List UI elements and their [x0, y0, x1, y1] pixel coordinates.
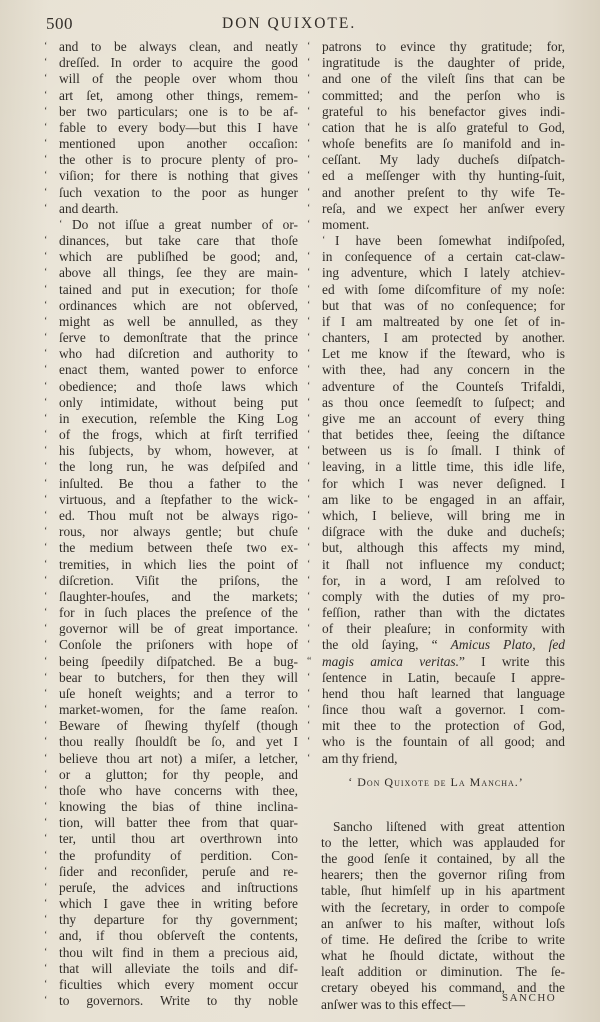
line-text: market-women, for the ſame reaſon. — [59, 702, 298, 718]
line-text: hearers; then the governor riſing from — [321, 867, 565, 883]
text-line: what he ſhould dictate, without the — [307, 948, 565, 964]
line-text: between us is ſo ſmall. I think of — [322, 443, 565, 459]
quotation-mark: ‘ — [307, 39, 319, 55]
narrative-paragraph: Sancho liſtened with great attentionto t… — [307, 819, 565, 1013]
line-text: comply with the duties of my pro- — [322, 589, 565, 605]
line-text: ter, until thou art overthrown into — [59, 831, 298, 847]
text-line: ‘obedience; and thoſe laws which — [44, 379, 298, 395]
line-text: ed. Thou muſt not be always rigo- — [59, 508, 298, 524]
text-line: ‘that will alleviate the toils and dif- — [44, 961, 298, 977]
text-line: ‘diſgrace with the duke and ducheſs; — [307, 524, 565, 540]
line-text: adventure of the Counteſs Trifaldi, — [322, 379, 565, 395]
line-text: the other is to procure plenty of pro- — [59, 152, 298, 168]
quotation-mark: ‘ — [44, 459, 56, 475]
quotation-mark: ‘ — [44, 637, 56, 653]
quotation-mark: ‘ — [44, 314, 56, 330]
text-line: ‘art ſet, among other things, remem- — [44, 88, 298, 104]
quotation-mark: ‘ — [44, 168, 56, 184]
quotation-mark: ‘ — [307, 670, 319, 686]
line-text: in conſequence of a certain cat-claw- — [322, 249, 565, 265]
text-line: ‘and, if thou obſerveſt the contents, — [44, 928, 298, 944]
text-line: “magis amica veritas.” I write this — [307, 654, 565, 670]
text-line: ‘thou really ſhouldſt be ſo, and yet I — [44, 734, 298, 750]
text-line: ‘ed a meſſenger with thy hunting-ſuit, — [307, 168, 565, 184]
text-line: the good ſenſe it contained, by all the — [307, 851, 565, 867]
quotation-mark: ‘ — [44, 621, 56, 637]
quotation-mark: ‘ — [307, 524, 319, 540]
line-text: ed a meſſenger with thy hunting-ſuit, — [322, 168, 565, 184]
line-text: his ſubjects, by whom, however, at — [59, 443, 298, 459]
text-line: ‘feſſion, rather than with the dictates — [307, 605, 565, 621]
text-line: ‘patrons to evince thy gratitude; for, — [307, 39, 565, 55]
text-line: ‘I have been ſomewhat indiſpoſed, — [307, 233, 565, 249]
line-text: Beware of ſhewing thyſelf (though — [59, 718, 298, 734]
line-text: dinances, but take care that thoſe — [59, 233, 298, 249]
text-line: ‘am like to be engaged in an affair, — [307, 492, 565, 508]
text-line: Sancho liſtened with great attention — [307, 819, 565, 835]
line-text: the long run, he was deſpiſed and — [59, 459, 298, 475]
quotation-mark: ‘ — [44, 864, 56, 880]
line-text: to the letter, which was applauded for — [321, 835, 565, 851]
quotation-mark: ‘ — [307, 411, 319, 427]
line-text: ſentence in Latin, becauſe I appre- — [322, 670, 565, 686]
quotation-mark: ‘ — [307, 751, 319, 767]
line-text: and another preſent to thy wife Te- — [322, 185, 565, 201]
quotation-mark: ‘ — [44, 670, 56, 686]
line-text: patrons to evince thy gratitude; for, — [322, 39, 565, 55]
text-line: ‘as thou once ſeemedſt to ſuſpect; and — [307, 395, 565, 411]
line-text: Conſole the priſoners with hope of — [59, 637, 298, 653]
text-line: table, ſhut himſelf up in his apartment — [307, 883, 565, 899]
line-text: who had diſcretion and authority to — [59, 346, 298, 362]
text-line: ‘ter, until thou art overthrown into — [44, 831, 298, 847]
line-text: table, ſhut himſelf up in his apartment — [321, 883, 565, 899]
quotation-mark: ‘ — [44, 362, 56, 378]
letter-continuation: ‘patrons to evince thy gratitude; for,‘i… — [307, 39, 565, 767]
text-line: ‘virtuous, and a ſtepfather to the wick- — [44, 492, 298, 508]
quotation-mark: ‘ — [44, 993, 56, 1009]
quotation-mark: ‘ — [44, 88, 56, 104]
text-line: ‘uſe honeſt weights; and a terror to — [44, 686, 298, 702]
quotation-mark: ‘ — [44, 589, 56, 605]
section-spacer — [307, 797, 565, 819]
text-line: ‘ber two particulars; one is to be af- — [44, 104, 298, 120]
text-line: ‘grateful to his benefactor gives indi- — [307, 104, 565, 120]
quotation-mark: ‘ — [307, 718, 319, 734]
line-text: an anſwer to his maſter, without loſs — [321, 916, 565, 932]
line-text: ficulties which every moment occur — [59, 977, 298, 993]
quotation-mark: ‘ — [44, 767, 56, 783]
text-line: to the letter, which was applauded for — [307, 835, 565, 851]
running-head: DON QUIXOTE. — [222, 15, 356, 33]
quotation-mark: ‘ — [44, 654, 56, 670]
text-line: ‘if I am maltreated by one ſet of in- — [307, 314, 565, 330]
quotation-mark: ‘ — [307, 589, 319, 605]
text-line: ‘ſerve to demonſtrate that the prince — [44, 330, 298, 346]
text-line: ‘which are publiſhed be good; and, — [44, 249, 298, 265]
quotation-mark: ‘ — [44, 427, 56, 443]
text-line: ‘but, although this affects my mind, — [307, 540, 565, 556]
text-line: ‘the other is to procure plenty of pro- — [44, 152, 298, 168]
line-text: as thou once ſeemedſt to ſuſpect; and — [322, 395, 565, 411]
line-text: hend thou haſt learned that language — [322, 686, 565, 702]
text-line: ‘which I gave thee in writing before — [44, 896, 298, 912]
quotation-mark: ‘ — [44, 120, 56, 136]
quotation-mark: ‘ — [44, 896, 56, 912]
quotation-mark: ‘ — [307, 152, 319, 168]
quotation-mark: ‘ — [44, 912, 56, 928]
line-text: viſion; for there is nothing that gives — [59, 168, 298, 184]
line-text: diſgrace with the duke and ducheſs; — [322, 524, 565, 540]
quotation-mark: ‘ — [307, 330, 319, 346]
text-line: ‘committed; and the perſon who is — [307, 88, 565, 104]
line-text: ed with ſome diſcomfiture of my noſe: — [322, 282, 565, 298]
line-text: grateful to his benefactor gives indi- — [322, 104, 565, 120]
line-text: that betides thee, ſeeing the diſtance — [322, 427, 565, 443]
line-text: the good ſenſe it contained, by all the — [321, 851, 565, 867]
line-text: ſuch vexation to the poor as hunger — [59, 185, 298, 201]
quotation-mark: ‘ — [307, 637, 319, 653]
quotation-mark: ‘ — [44, 945, 56, 961]
quotation-mark: ‘ — [307, 443, 319, 459]
text-line: ‘Conſole the priſoners with hope of — [44, 637, 298, 653]
line-text: committed; and the perſon who is — [322, 88, 565, 104]
quotation-mark: ‘ — [307, 459, 319, 475]
line-text: dreſſed. In order to acquire the good — [59, 55, 298, 71]
text-line: ‘chanters, I am protected by another. — [307, 330, 565, 346]
line-text: ing adventure, which I lately atchiev- — [322, 265, 565, 281]
line-text: moment. — [322, 217, 565, 233]
quotation-mark: ‘ — [307, 314, 319, 330]
line-text: thou wilt find in them a precious aid, — [59, 945, 298, 961]
text-line: ‘and one of the vileſt ſins that can be — [307, 71, 565, 87]
text-line: ‘peruſe, the advices and inſtructions — [44, 880, 298, 896]
text-line: ‘above all things, ſee they are main- — [44, 265, 298, 281]
quotation-mark: ‘ — [44, 977, 56, 993]
quotation-mark: ‘ — [307, 621, 319, 637]
text-line: ‘the medium between theſe two ex- — [44, 540, 298, 556]
text-line: ‘moment. — [307, 217, 565, 233]
quotation-mark: ‘ — [44, 55, 56, 71]
line-text: bear to butchers, for then they will — [59, 670, 298, 686]
quotation-mark: ‘ — [44, 734, 56, 750]
text-line: ‘dinances, but take care that thoſe — [44, 233, 298, 249]
quotation-mark: ‘ — [44, 330, 56, 346]
quotation-mark: ‘ — [307, 136, 319, 152]
text-line: ‘the profundity of perdition. Con- — [44, 848, 298, 864]
text-line: ‘ſlaughter-houſes, and the markets; — [44, 589, 298, 605]
text-line: ‘being ſpeedily diſpatched. Be a bug- — [44, 654, 298, 670]
line-text: fable to every body—but this I have — [59, 120, 298, 136]
text-line: ‘but that was of no conſequence; for — [307, 298, 565, 314]
quotation-mark: ‘ — [307, 686, 319, 702]
quotation-mark: ‘ — [44, 557, 56, 573]
line-text: virtuous, and a ſtepfather to the wick- — [59, 492, 298, 508]
line-text: but that was of no conſequence; for — [322, 298, 565, 314]
text-line: ‘bear to butchers, for then they will — [44, 670, 298, 686]
text-line: ‘in conſequence of a certain cat-claw- — [307, 249, 565, 265]
quotation-mark: ‘ — [307, 346, 319, 362]
line-text: Do not iſſue a great number of or- — [72, 217, 298, 233]
line-text: give me an account of every thing — [322, 411, 565, 427]
quotation-mark: ‘ — [307, 476, 319, 492]
text-line: ‘knowing the bias of thine inclina- — [44, 799, 298, 815]
text-line: ‘for which I was never deſigned. I — [307, 476, 565, 492]
line-text: ſider and reconſider, peruſe and re- — [59, 864, 298, 880]
quotation-mark: ‘ — [44, 379, 56, 395]
line-text: if I am maltreated by one ſet of in- — [322, 314, 565, 330]
text-line: ‘ſentence in Latin, becauſe I appre- — [307, 670, 565, 686]
line-text: ordinances which are not obſerved, — [59, 298, 298, 314]
text-line: ‘market-women, for the ſame reaſon. — [44, 702, 298, 718]
text-line: ‘enact them, wanted power to enforce — [44, 362, 298, 378]
text-line: ‘mit thee to the protection of God, — [307, 718, 565, 734]
line-text: that will alleviate the toils and dif- — [59, 961, 298, 977]
quotation-mark: ‘ — [307, 168, 319, 184]
quotation-mark: ‘ — [44, 39, 56, 55]
text-line: ‘ing adventure, which I lately atchiev- — [307, 265, 565, 281]
line-text: ber two particulars; one is to be af- — [59, 104, 298, 120]
quotation-mark: ‘ — [44, 799, 56, 815]
line-text: chanters, I am protected by another. — [322, 330, 565, 346]
text-line: ‘to governors. Write to thy noble — [44, 993, 298, 1009]
line-text: above all things, ſee they are main- — [59, 265, 298, 281]
line-text: of the frogs, which at firſt terrified — [59, 427, 298, 443]
line-text: ſince thou waſt a governor. I com- — [322, 702, 565, 718]
line-text: and dearth. — [59, 201, 298, 217]
line-text: Let me know if the ſteward, who is — [322, 346, 565, 362]
line-text: peruſe, the advices and inſtructions — [59, 880, 298, 896]
line-text: mentioned upon another occaſion: — [59, 136, 298, 152]
quotation-mark: ‘ — [307, 185, 319, 201]
line-text: and to be always clean, and neatly — [59, 39, 298, 55]
line-text: thou really ſhouldſt be ſo, and yet I — [59, 734, 298, 750]
line-text: whoſe benefits are ſo manifold and in- — [322, 136, 565, 152]
text-line: ‘ficulties which every moment occur — [44, 977, 298, 993]
quotation-mark: ‘ — [44, 492, 56, 508]
quotation-mark: ‘ — [44, 718, 56, 734]
line-text: it ſhall not influence my conduct; — [322, 557, 565, 573]
line-text: for which I was never deſigned. I — [322, 476, 565, 492]
text-line: ‘governor will be of great importance. — [44, 621, 298, 637]
quotation-mark: ‘ — [44, 395, 56, 411]
text-line: an anſwer to his maſter, without loſs — [307, 916, 565, 932]
line-text: with thee, had any concern in the — [322, 362, 565, 378]
quotation-mark: ‘ — [44, 831, 56, 847]
line-text: the profundity of perdition. Con- — [59, 848, 298, 864]
line-text: mit thee to the protection of God, — [322, 718, 565, 734]
line-text: rous, nor always gentle; but chuſe — [59, 524, 298, 540]
quotation-mark: ‘ — [44, 233, 56, 249]
quotation-mark: ‘ — [44, 346, 56, 362]
quotation-mark: ‘ — [44, 928, 56, 944]
quotation-mark: ‘ — [307, 395, 319, 411]
text-line: ‘ſider and reconſider, peruſe and re- — [44, 864, 298, 880]
text-line: ‘between us is ſo ſmall. I think of — [307, 443, 565, 459]
text-line: ‘who is the fountain of all good; and — [307, 734, 565, 750]
line-text: for in ſuch places the preſence of the — [59, 605, 298, 621]
text-line: ‘the old ſaying, “ Amicus Plato, ſed — [307, 637, 565, 653]
text-line: ‘tion, will batter thee from that quar- — [44, 815, 298, 831]
line-text: reſa, and we expect her anſwer every — [322, 201, 565, 217]
letter-signature: ‘ Don Quixote de La Mancha.’ — [307, 767, 565, 797]
line-text: in execution, reſemble the King Log — [59, 411, 298, 427]
line-text: enact them, wanted power to enforce — [59, 362, 298, 378]
line-text: ſlaughter-houſes, and the markets; — [59, 589, 298, 605]
line-text: obedience; and thoſe laws which — [59, 379, 298, 395]
text-line: ‘that betides thee, ſeeing the diſtance — [307, 427, 565, 443]
text-line: ‘reſa, and we expect her anſwer every — [307, 201, 565, 217]
quotation-mark: ‘ — [307, 104, 319, 120]
catchword: SANCHO — [502, 992, 556, 1004]
book-page: 500 DON QUIXOTE. ‘and to be always clean… — [0, 0, 600, 1022]
text-line: ‘fable to every body—but this I have — [44, 120, 298, 136]
text-line: ‘ceſſant. My lady ducheſs diſpatch- — [307, 152, 565, 168]
line-text: knowing the bias of thine inclina- — [59, 799, 298, 815]
line-text: magis amica veritas.” I write this — [322, 654, 565, 670]
text-line: ‘it ſhall not influence my conduct; — [307, 557, 565, 573]
left-column: ‘and to be always clean, and neatly‘dreſ… — [44, 39, 298, 1009]
text-line: ‘and dearth. — [44, 201, 298, 217]
line-text: art ſet, among other things, remem- — [59, 88, 298, 104]
text-line: ‘rous, nor always gentle; but chuſe — [44, 524, 298, 540]
quotation-mark: ‘ — [307, 217, 319, 233]
text-line: ‘Let me know if the ſteward, who is — [307, 346, 565, 362]
quotation-mark: ‘ — [44, 104, 56, 120]
text-line: ‘give me an account of every thing — [307, 411, 565, 427]
text-line: ‘thoſe who have concerns with thee, — [44, 783, 298, 799]
line-text: am thy friend, — [322, 751, 565, 767]
quotation-mark: ‘ — [44, 201, 56, 217]
quotation-mark: “ — [307, 654, 319, 670]
text-line: ‘who had diſcretion and authority to — [44, 346, 298, 362]
line-text: diſcretion. Viſit the priſons, the — [59, 573, 298, 589]
quotation-mark: ‘ — [44, 185, 56, 201]
line-text: what he ſhould dictate, without the — [321, 948, 565, 964]
quotation-mark: ‘ — [307, 282, 319, 298]
line-text: and one of the vileſt ſins that can be — [322, 71, 565, 87]
text-line: ‘and another preſent to thy wife Te- — [307, 185, 565, 201]
quotation-mark: ‘ — [44, 249, 56, 265]
line-text: might as well be annulled, as they — [59, 314, 298, 330]
quotation-mark: ‘ — [44, 524, 56, 540]
text-line: ‘comply with the duties of my pro- — [307, 589, 565, 605]
text-line: ‘ingratitude is the daughter of pride, — [307, 55, 565, 71]
quotation-mark: ‘ — [44, 540, 56, 556]
line-text: to governors. Write to thy noble — [59, 993, 298, 1009]
line-text: am like to be engaged in an affair, — [322, 492, 565, 508]
line-text: tion, will batter thee from that quar- — [59, 815, 298, 831]
text-line: of time. He deſired the ſcribe to write — [307, 932, 565, 948]
line-text: the medium between theſe two ex- — [59, 540, 298, 556]
text-line: ‘thou wilt find in them a precious aid, — [44, 945, 298, 961]
text-line: ‘ſince thou waſt a governor. I com- — [307, 702, 565, 718]
quotation-mark: ‘ — [44, 605, 56, 621]
quotation-mark: ‘ — [322, 233, 334, 249]
text-line: ‘will of the people over whom thou — [44, 71, 298, 87]
quotation-mark: ‘ — [44, 411, 56, 427]
line-text: believe thou art not) a miſer, a letcher… — [59, 751, 298, 767]
quotation-mark: ‘ — [44, 476, 56, 492]
line-text: tained and put in execution; for thoſe — [59, 282, 298, 298]
text-line: ‘ed with ſome diſcomfiture of my noſe: — [307, 282, 565, 298]
quotation-mark: ‘ — [307, 71, 319, 87]
quotation-mark: ‘ — [307, 379, 319, 395]
quotation-mark: ‘ — [44, 136, 56, 152]
text-line: ‘mentioned upon another occaſion: — [44, 136, 298, 152]
text-line: ‘thy departure for thy government; — [44, 912, 298, 928]
quotation-mark: ‘ — [44, 783, 56, 799]
line-text: will of the people over whom thou — [59, 71, 298, 87]
line-text: with the ſecretary, in order to compoſe — [321, 900, 565, 916]
line-text: ingratitude is the daughter of pride, — [322, 55, 565, 71]
text-line: ‘whoſe benefits are ſo manifold and in- — [307, 136, 565, 152]
line-text: thy departure for thy government; — [59, 912, 298, 928]
line-text: leaſt addition or diminution. The ſe- — [321, 964, 565, 980]
quotation-mark: ‘ — [307, 201, 319, 217]
line-text: who is the fountain of all good; and — [322, 734, 565, 750]
line-text: but, although this affects my mind, — [322, 540, 565, 556]
quotation-mark: ‘ — [44, 848, 56, 864]
text-line: ‘ed. Thou muſt not be always rigo- — [44, 508, 298, 524]
quotation-mark: ‘ — [59, 217, 71, 233]
text-line: ‘am thy friend, — [307, 751, 565, 767]
line-text: Sancho liſtened with great attention — [333, 819, 565, 835]
text-line: ‘the long run, he was deſpiſed and — [44, 459, 298, 475]
line-text: ceſſant. My lady ducheſs diſpatch- — [322, 152, 565, 168]
text-line: ‘or a glutton; for thy people, and — [44, 767, 298, 783]
line-text: of time. He deſired the ſcribe to write — [321, 932, 565, 948]
quotation-mark: ‘ — [307, 88, 319, 104]
quotation-mark: ‘ — [307, 702, 319, 718]
quotation-mark: ‘ — [307, 508, 319, 524]
line-text: governor will be of great importance. — [59, 621, 298, 637]
line-text: cation that he is alſo grateful to God, — [322, 120, 565, 136]
text-line: hearers; then the governor riſing from — [307, 867, 565, 883]
text-line: ‘only intimidate, without being put — [44, 395, 298, 411]
line-text: for, in a word, I am reſolved to — [322, 573, 565, 589]
line-text: I have been ſomewhat indiſpoſed, — [335, 233, 565, 249]
quotation-mark: ‘ — [44, 751, 56, 767]
quotation-mark: ‘ — [44, 880, 56, 896]
line-text: uſe honeſt weights; and a terror to — [59, 686, 298, 702]
text-line: ‘Do not iſſue a great number of or- — [44, 217, 298, 233]
line-text: tremities, in which lies the point of — [59, 557, 298, 573]
quotation-mark: ‘ — [307, 249, 319, 265]
text-line: ‘dreſſed. In order to acquire the good — [44, 55, 298, 71]
line-text: ſerve to demonſtrate that the prince — [59, 330, 298, 346]
quotation-mark: ‘ — [307, 557, 319, 573]
page-number: 500 — [46, 14, 73, 34]
quotation-mark: ‘ — [307, 734, 319, 750]
quotation-mark: ‘ — [44, 961, 56, 977]
quotation-mark: ‘ — [44, 508, 56, 524]
quotation-mark: ‘ — [44, 815, 56, 831]
quotation-mark: ‘ — [44, 282, 56, 298]
line-text: which I gave thee in writing before — [59, 896, 298, 912]
quotation-mark: ‘ — [307, 120, 319, 136]
line-text: feſſion, rather than with the dictates — [322, 605, 565, 621]
line-text: or a glutton; for thy people, and — [59, 767, 298, 783]
text-line: ‘tremities, in which lies the point of — [44, 557, 298, 573]
quotation-mark: ‘ — [307, 540, 319, 556]
latin-phrase: magis amica veritas. — [322, 654, 459, 669]
quotation-mark: ‘ — [44, 298, 56, 314]
line-text: which are publiſhed be good; and, — [59, 249, 298, 265]
quotation-mark: ‘ — [44, 265, 56, 281]
text-line: ‘inſulted. Be thou a father to the — [44, 476, 298, 492]
text-line: ‘tained and put in execution; for thoſe — [44, 282, 298, 298]
